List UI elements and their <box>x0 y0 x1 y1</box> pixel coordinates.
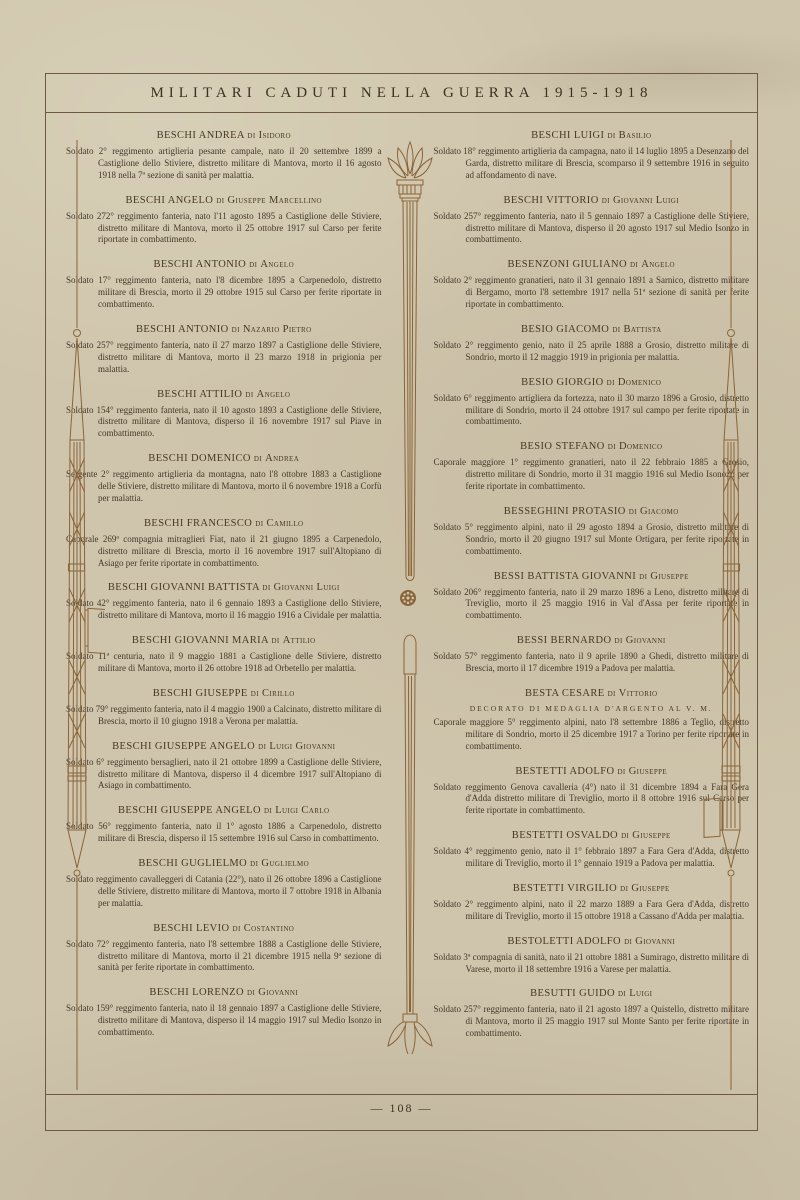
soldier-record-text: Soldato 3ª compagnia di sanità, nato il … <box>434 952 750 976</box>
soldier-name: BESSEGHINI PROTASIO <box>504 506 626 517</box>
patronymic-di: di <box>251 688 259 699</box>
soldier-name: BESCHI ANGELO <box>126 195 214 206</box>
soldier-name-heading: BESENZONI GIULIANO di Angelo <box>434 259 750 270</box>
soldier-record-text: Soldato reggimento cavalleggeri di Catan… <box>66 874 382 910</box>
soldier-name-heading: BESTOLETTI ADOLFO di Giovanni <box>434 936 750 947</box>
father-name: Luigi <box>629 988 652 999</box>
scanned-book-page: MILITARI CADUTI NELLA GUERRA 1915-1918 B… <box>0 0 800 1200</box>
soldier-name-heading: BESCHI ANTONIO di Angelo <box>66 259 382 270</box>
soldier-name: BESCHI VITTORIO <box>504 195 599 206</box>
patronymic-di: di <box>247 130 255 141</box>
father-name: Luigi Giovanni <box>269 741 335 752</box>
father-name: Guglielmo <box>261 858 309 869</box>
soldier-record-text: Soldato 257° reggimento fanteria, nato i… <box>434 211 750 247</box>
soldier-entry: BESCHI ANTONIO di Angelo Soldato 17° reg… <box>66 259 382 311</box>
soldier-entry: BESCHI FRANCESCO di Camillo Caporale 269… <box>66 518 382 570</box>
patronymic-di: di <box>254 453 262 464</box>
soldier-name: BESIO GIACOMO <box>521 324 609 335</box>
soldier-name-heading: BESCHI GUGLIELMO di Guglielmo <box>66 858 382 869</box>
soldier-record-text: Soldato 5° reggimento alpini, nato il 29… <box>434 522 750 558</box>
soldier-record-text: Soldato 42° reggimento fanteria, nato il… <box>66 598 382 622</box>
soldier-entry: BESCHI LORENZO di Giovanni Soldato 159° … <box>66 987 382 1039</box>
soldier-name: BESCHI GIUSEPPE ANGELO <box>112 741 255 752</box>
page-title: MILITARI CADUTI NELLA GUERRA 1915-1918 <box>150 85 652 102</box>
father-name: Isidoro <box>259 130 291 141</box>
soldier-name: BESCHI DOMENICO <box>148 453 251 464</box>
page-header-band: MILITARI CADUTI NELLA GUERRA 1915-1918 <box>46 74 757 113</box>
patronymic-di: di <box>630 259 638 270</box>
soldier-entry: BESTETTI VIRGILIO di Giuseppe Soldato 2°… <box>434 883 750 923</box>
soldier-entry: BESTOLETTI ADOLFO di Giovanni Soldato 3ª… <box>434 936 750 976</box>
soldier-name: BESCHI GIOVANNI MARIA <box>132 635 269 646</box>
soldier-entry: BESCHI LUIGI di Basilio Soldato 18° regg… <box>434 130 750 182</box>
soldier-record-text: Soldato 159° reggimento fanteria, nato i… <box>66 1003 382 1039</box>
soldier-name-heading: BESCHI GIOVANNI MARIA di Attilio <box>66 635 382 646</box>
soldier-name-heading: BESCHI LORENZO di Giovanni <box>66 987 382 998</box>
soldier-name: BESCHI ATTILIO <box>157 389 242 400</box>
soldier-name: BESSI BATTISTA GIOVANNI <box>494 571 636 582</box>
soldier-entry: BESCHI ANTONIO di Nazario Pietro Soldato… <box>66 324 382 376</box>
father-name: Camillo <box>266 518 303 529</box>
patronymic-di: di <box>612 324 620 335</box>
soldier-name-heading: BESTETTI VIRGILIO di Giuseppe <box>434 883 750 894</box>
soldier-name: BESCHI GUGLIELMO <box>138 858 247 869</box>
soldier-entry: BESUTTI GUIDO di Luigi Soldato 257° regg… <box>434 988 750 1040</box>
soldier-entry: BESCHI GIOVANNI MARIA di Attilio Soldato… <box>66 635 382 675</box>
patronymic-di: di <box>262 582 270 593</box>
soldier-name: BESCHI LEVIO <box>153 923 229 934</box>
soldier-name-heading: BESTA CESARE di Vittorio <box>434 688 750 699</box>
father-name: Giovanni <box>258 987 298 998</box>
patronymic-di: di <box>620 883 628 894</box>
soldier-name: BESIO STEFANO <box>520 441 605 452</box>
soldier-record-text: Soldato 17° reggimento fanteria, nato l'… <box>66 275 382 311</box>
soldier-name: BESCHI FRANCESCO <box>144 518 252 529</box>
soldier-name-heading: BESSI BATTISTA GIOVANNI di Giuseppe <box>434 571 750 582</box>
father-name: Domenico <box>618 377 661 388</box>
soldier-name-heading: BESCHI GIOVANNI BATTISTA di Giovanni Lui… <box>66 582 382 593</box>
soldier-record-text: Caporale maggiore 5° reggimento alpini, … <box>434 717 750 753</box>
soldier-entry: BESCHI GUGLIELMO di Guglielmo Soldato re… <box>66 858 382 910</box>
patronymic-di: di <box>608 688 616 699</box>
soldier-record-text: Soldato 257° reggimento fanteria, nato i… <box>66 340 382 376</box>
soldier-name: BESTOLETTI ADOLFO <box>507 936 621 947</box>
patronymic-di: di <box>629 506 637 517</box>
soldier-name: BESCHI GIOVANNI BATTISTA <box>108 582 260 593</box>
soldier-name-heading: BESIO GIORGIO di Domenico <box>434 377 750 388</box>
soldier-name-heading: BESCHI FRANCESCO di Camillo <box>66 518 382 529</box>
father-name: Attilio <box>283 635 316 646</box>
father-name: Luigi Carlo <box>275 805 329 816</box>
father-name: Giovanni Luigi <box>274 582 340 593</box>
soldier-name-heading: BESCHI ANTONIO di Nazario Pietro <box>66 324 382 335</box>
father-name: Battista <box>624 324 662 335</box>
patronymic-di: di <box>258 741 266 752</box>
soldier-record-text: Soldato 72° reggimento fanteria, nato l'… <box>66 939 382 975</box>
father-name: Giuseppe <box>650 571 688 582</box>
father-name: Basilio <box>619 130 652 141</box>
entries-column-right: BESCHI LUIGI di Basilio Soldato 18° regg… <box>434 130 750 1095</box>
soldier-record-text: Soldato 272° reggimento fanteria, nato l… <box>66 211 382 247</box>
soldier-name: BESCHI ANTONIO <box>136 324 229 335</box>
soldier-entry: BESCHI ANGELO di Giuseppe Marcellino Sol… <box>66 195 382 247</box>
soldier-name: BESCHI GIUSEPPE <box>153 688 248 699</box>
soldier-record-text: Soldato 79° reggimento fanteria, nato il… <box>66 704 382 728</box>
father-name: Angelo <box>260 259 294 270</box>
father-name: Cirillo <box>262 688 295 699</box>
soldier-entry: BESCHI VITTORIO di Giovanni Luigi Soldat… <box>434 195 750 247</box>
soldier-name-heading: BESCHI ATTILIO di Angelo <box>66 389 382 400</box>
patronymic-di: di <box>255 518 263 529</box>
soldier-record-text: Soldato 18° reggimento artiglieria da ca… <box>434 146 750 182</box>
patronymic-di: di <box>617 766 625 777</box>
father-name: Giovanni Luigi <box>613 195 679 206</box>
decoration-line: DECORATO DI MEDAGLIA D'ARGENTO AL V. M. <box>434 704 750 713</box>
soldier-record-text: Caporale maggiore 1° reggimento granatie… <box>434 457 750 493</box>
patronymic-di: di <box>607 377 615 388</box>
soldier-name: BESCHI LORENZO <box>149 987 244 998</box>
soldier-record-text: Soldato 6° reggimento artigliera da fort… <box>434 393 750 429</box>
patronymic-di: di <box>607 130 615 141</box>
soldier-name-heading: BESCHI LEVIO di Costantino <box>66 923 382 934</box>
soldier-name-heading: BESCHI GIUSEPPE ANGELO di Luigi Carlo <box>66 805 382 816</box>
patronymic-di: di <box>618 988 626 999</box>
soldier-name-heading: BESCHI GIUSEPPE di Cirillo <box>66 688 382 699</box>
soldier-name-heading: BESCHI LUIGI di Basilio <box>434 130 750 141</box>
soldier-entry: BESCHI DOMENICO di Andrea Sergente 2° re… <box>66 453 382 505</box>
soldier-name-heading: BESCHI ANGELO di Giuseppe Marcellino <box>66 195 382 206</box>
soldier-record-text: Soldato 2° reggimento genio, nato il 25 … <box>434 340 750 364</box>
father-name: Giacomo <box>640 506 679 517</box>
soldier-name-heading: BESCHI DOMENICO di Andrea <box>66 453 382 464</box>
soldier-name: BESTETTI OSVALDO <box>512 830 618 841</box>
soldier-name-heading: BESCHI ANDREA di Isidoro <box>66 130 382 141</box>
patronymic-di: di <box>250 858 258 869</box>
entries-column-left: BESCHI ANDREA di Isidoro Soldato 2° regg… <box>66 130 382 1095</box>
soldier-record-text: Soldato 2° reggimento granatieri, nato i… <box>434 275 750 311</box>
page-border-frame: MILITARI CADUTI NELLA GUERRA 1915-1918 B… <box>45 73 758 1131</box>
father-name: Angelo <box>641 259 675 270</box>
father-name: Giuseppe <box>631 883 669 894</box>
soldier-entry: BESCHI ATTILIO di Angelo Soldato 154° re… <box>66 389 382 441</box>
soldier-entry: BESCHI GIUSEPPE di Cirillo Soldato 79° r… <box>66 688 382 728</box>
soldier-record-text: Soldato 206° reggimento fanteria, nato i… <box>434 587 750 623</box>
soldier-record-text: Soldato 6° reggimento bersaglieri, nato … <box>66 757 382 793</box>
patronymic-di: di <box>247 987 255 998</box>
soldier-name-heading: BESSEGHINI PROTASIO di Giacomo <box>434 506 750 517</box>
soldier-entry: BESIO STEFANO di Domenico Caporale maggi… <box>434 441 750 493</box>
patronymic-di: di <box>602 195 610 206</box>
father-name: Andrea <box>265 453 299 464</box>
soldier-name: BESCHI ANDREA <box>157 130 245 141</box>
father-name: Angelo <box>257 389 291 400</box>
father-name: Giovanni <box>626 635 666 646</box>
soldier-record-text: Soldato reggimento Genova cavalleria (4°… <box>434 782 750 818</box>
soldier-name-heading: BESUTTI GUIDO di Luigi <box>434 988 750 999</box>
patronymic-di: di <box>264 805 272 816</box>
father-name: Giuseppe <box>632 830 670 841</box>
soldier-name: BESSI BERNARDO <box>517 635 612 646</box>
father-name: Giovanni <box>635 936 675 947</box>
soldier-name: BESUTTI GUIDO <box>530 988 615 999</box>
soldier-entry: BESIO GIORGIO di Domenico Soldato 6° reg… <box>434 377 750 429</box>
patronymic-di: di <box>615 635 623 646</box>
soldier-name-heading: BESCHI GIUSEPPE ANGELO di Luigi Giovanni <box>66 741 382 752</box>
soldier-entry: BESIO GIACOMO di Battista Soldato 2° reg… <box>434 324 750 364</box>
soldier-entry: BESENZONI GIULIANO di Angelo Soldato 2° … <box>434 259 750 311</box>
soldier-record-text: Soldato 4° reggimento genio, nato il 1° … <box>434 846 750 870</box>
soldier-entry: BESCHI ANDREA di Isidoro Soldato 2° regg… <box>66 130 382 182</box>
soldier-name: BESTETTI ADOLFO <box>515 766 614 777</box>
father-name: Domenico <box>619 441 662 452</box>
patronymic-di: di <box>249 259 257 270</box>
page-number: — 108 — <box>371 1101 433 1116</box>
soldier-name-heading: BESIO STEFANO di Domenico <box>434 441 750 452</box>
soldier-entry: BESSEGHINI PROTASIO di Giacomo Soldato 5… <box>434 506 750 558</box>
soldier-name: BESCHI ANTONIO <box>153 259 246 270</box>
soldier-entry: BESCHI LEVIO di Costantino Soldato 72° r… <box>66 923 382 975</box>
patronymic-di: di <box>639 571 647 582</box>
soldier-entry: BESCHI GIOVANNI BATTISTA di Giovanni Lui… <box>66 582 382 622</box>
father-name: Nazario Pietro <box>243 324 312 335</box>
entries-content: BESCHI ANDREA di Isidoro Soldato 2° regg… <box>46 112 757 1095</box>
soldier-record-text: Soldato 57° reggimento fanteria, nato il… <box>434 651 750 675</box>
soldier-entry: BESSI BERNARDO di Giovanni Soldato 57° r… <box>434 635 750 675</box>
father-name: Costantino <box>244 923 295 934</box>
soldier-name: BESTA CESARE <box>525 688 605 699</box>
soldier-name-heading: BESIO GIACOMO di Battista <box>434 324 750 335</box>
soldier-name-heading: BESCHI VITTORIO di Giovanni Luigi <box>434 195 750 206</box>
soldier-name: BESIO GIORGIO <box>521 377 604 388</box>
father-name: Vittorio <box>619 688 658 699</box>
patronymic-di: di <box>232 324 240 335</box>
soldier-record-text: Soldato 11ª centuria, nato il 9 maggio 1… <box>66 651 382 675</box>
soldier-name: BESENZONI GIULIANO <box>508 259 627 270</box>
soldier-record-text: Soldato 56° reggimento fanteria, nato il… <box>66 821 382 845</box>
patronymic-di: di <box>608 441 616 452</box>
soldier-entry: BESCHI GIUSEPPE ANGELO di Luigi Giovanni… <box>66 741 382 793</box>
patronymic-di: di <box>245 389 253 400</box>
soldier-name: BESTETTI VIRGILIO <box>513 883 617 894</box>
soldier-record-text: Soldato 2° reggimento artiglieria pesant… <box>66 146 382 182</box>
soldier-entry: BESTETTI ADOLFO di Giuseppe Soldato regg… <box>434 766 750 818</box>
soldier-entry: BESCHI GIUSEPPE ANGELO di Luigi Carlo So… <box>66 805 382 845</box>
soldier-name: BESCHI GIUSEPPE ANGELO <box>118 805 261 816</box>
soldier-name-heading: BESTETTI ADOLFO di Giuseppe <box>434 766 750 777</box>
soldier-name-heading: BESTETTI OSVALDO di Giuseppe <box>434 830 750 841</box>
soldier-name-heading: BESSI BERNARDO di Giovanni <box>434 635 750 646</box>
soldier-record-text: Caporale 269ª compagnia mitraglieri Fiat… <box>66 534 382 570</box>
soldier-entry: BESTA CESARE di Vittorio DECORATO DI MED… <box>434 688 750 753</box>
soldier-name: BESCHI LUIGI <box>531 130 604 141</box>
father-name: Giuseppe Marcellino <box>228 195 322 206</box>
page-footer-band: — 108 — <box>46 1094 757 1130</box>
soldier-record-text: Soldato 154° reggimento fanteria, nato i… <box>66 405 382 441</box>
patronymic-di: di <box>621 830 629 841</box>
soldier-entry: BESSI BATTISTA GIOVANNI di Giuseppe Sold… <box>434 571 750 623</box>
father-name: Giuseppe <box>629 766 667 777</box>
soldier-record-text: Soldato 257° reggimento fanteria, nato i… <box>434 1004 750 1040</box>
patronymic-di: di <box>233 923 241 934</box>
patronymic-di: di <box>216 195 224 206</box>
soldier-entry: BESTETTI OSVALDO di Giuseppe Soldato 4° … <box>434 830 750 870</box>
soldier-record-text: Sergente 2° reggimento artiglieria da mo… <box>66 469 382 505</box>
patronymic-di: di <box>271 635 279 646</box>
soldier-record-text: Soldato 2° reggimento alpini, nato il 22… <box>434 899 750 923</box>
patronymic-di: di <box>624 936 632 947</box>
